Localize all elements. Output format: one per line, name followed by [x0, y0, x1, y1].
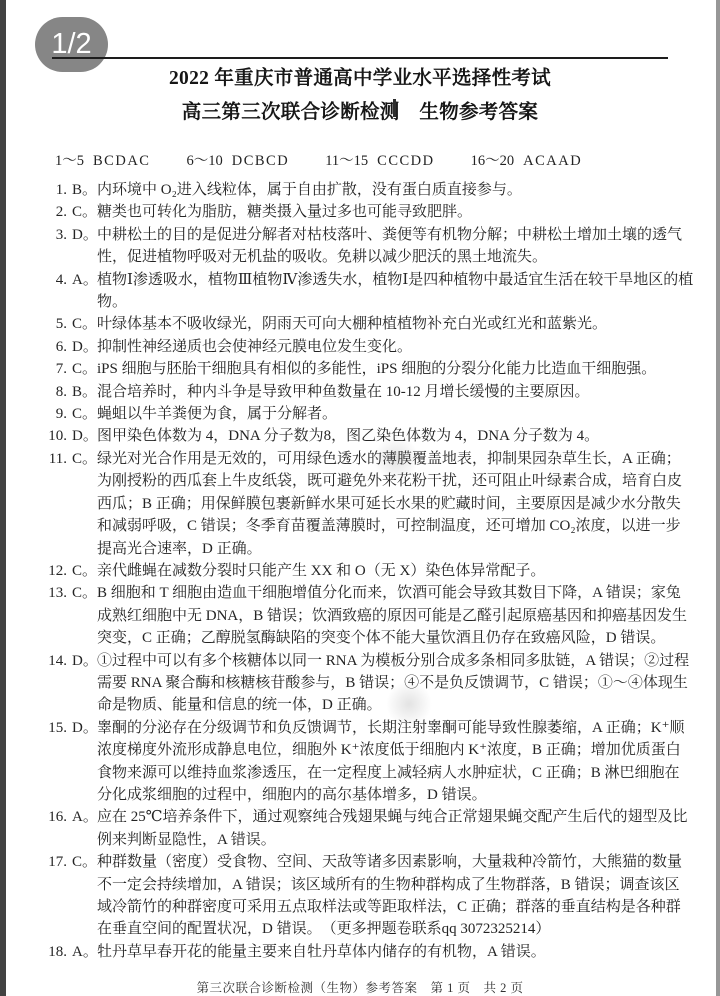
item-number: 14.	[15, 650, 67, 672]
answer-item: 9.C。蝇蛆以牛羊粪便为食，属于分解者。	[15, 403, 694, 425]
page-indicator-badge[interactable]: 1/2	[35, 17, 108, 72]
item-number: 15.	[15, 717, 67, 739]
item-explanation: 内环境中 O₂进入线粒体，属于自由扩散，没有蛋白质直接参与。	[97, 182, 522, 198]
item-answer-letter: C。	[67, 582, 97, 604]
item-explanation: 植物Ⅰ渗透吸水，植物Ⅲ植物Ⅳ渗透失水，植物Ⅰ是四种植物中最适宜生活在较干旱地区的…	[97, 272, 693, 310]
item-explanation: ①过程中可以有多个核糖体以同一 RNA 为模板分别合成多条相同多肽链，A 错误；…	[97, 653, 689, 714]
scan-artifact-tick	[393, 99, 396, 117]
answer-item: 1.B。内环境中 O₂进入线粒体，属于自由扩散，没有蛋白质直接参与。	[15, 179, 694, 201]
scan-edge-right	[716, 0, 720, 996]
item-number: 16.	[15, 806, 67, 828]
answer-key-group: 16～20ACAAD	[471, 149, 583, 170]
answer-key-group: 11～15CCCDD	[325, 149, 434, 170]
item-explanation: 混合培养时，种内斗争是导致甲种鱼数量在 10-12 月增长缓慢的主要原因。	[97, 384, 590, 400]
item-explanation: 应在 25℃培养条件下，通过观察纯合残翅果蝇与纯合正常翅果蝇交配产生后代的翅型及…	[97, 809, 688, 847]
answer-key-group: 1～5BCDAC	[55, 149, 150, 170]
answer-item: 3.D。中耕松土的目的是促进分解者对枯枝落叶、粪便等有机物分解；中耕松土增加土壤…	[15, 224, 694, 269]
item-answer-letter: C。	[67, 358, 97, 380]
item-number: 8.	[15, 381, 67, 403]
item-explanation: 蝇蛆以牛羊粪便为食，属于分解者。	[97, 406, 337, 422]
item-explanation: 种群数量（密度）受食物、空间、天敌等诸多因素影响，大量栽种冷箭竹，大熊猫的数量不…	[97, 854, 682, 937]
answer-item: 2.C。糖类也可转化为脂肪，糖类摄入量过多也可能寻致肥胖。	[15, 201, 694, 223]
item-answer-letter: C。	[67, 448, 97, 470]
item-answer-letter: C。	[67, 560, 97, 582]
page-subtitle: 高三第三次联合诊断检测 生物参考答案	[0, 96, 720, 124]
item-explanation: 亲代雌蝇在减数分裂时只能产生 XX 和 O（无 X）染色体异常配子。	[97, 563, 545, 579]
item-explanation: 中耕松土的目的是促进分解者对枯枝落叶、粪便等有机物分解；中耕松土增加土壤的透气性…	[97, 227, 682, 265]
answer-item: 8.B。混合培养时，种内斗争是导致甲种鱼数量在 10-12 月增长缓慢的主要原因…	[15, 381, 694, 403]
item-answer-letter: B。	[67, 179, 97, 201]
item-answer-letter: C。	[67, 403, 97, 425]
answer-item: 16.A。应在 25℃培养条件下，通过观察纯合残翅果蝇与纯合正常翅果蝇交配产生后…	[15, 806, 694, 851]
item-answer-letter: C。	[67, 851, 97, 873]
answer-item: 15.D。睾酮的分泌存在分级调节和负反馈调节，长期注射睾酮可能导致性腺萎缩，A …	[15, 717, 694, 807]
item-explanation: 抑制性神经递质也会使神经元膜电位发生变化。	[97, 339, 412, 355]
item-explanation: 图甲染色体数为 4，DNA 分子数为8，图乙染色体数为 4，DNA 分子数为 4…	[97, 428, 599, 444]
item-number: 6.	[15, 336, 67, 358]
item-number: 9.	[15, 403, 67, 425]
item-explanation: iPS 细胞与胚胎干细胞具有相似的多能性，iPS 细胞的分裂分化能力比造血干细胞…	[97, 361, 656, 377]
answer-key-row: 1～5BCDAC 6～10DCBCD 11～15CCCDD 16～20ACAAD	[55, 149, 720, 170]
item-answer-letter: D。	[67, 650, 97, 672]
answer-item: 10.D。图甲染色体数为 4，DNA 分子数为8，图乙染色体数为 4，DNA 分…	[15, 425, 694, 447]
item-explanation: 糖类也可转化为脂肪，糖类摄入量过多也可能寻致肥胖。	[97, 204, 472, 220]
item-number: 2.	[15, 201, 67, 223]
item-number: 12.	[15, 560, 67, 582]
answer-item: 13.C。B 细胞和 T 细胞由造血干细胞增值分化而来，饮酒可能会导致其数目下降…	[15, 582, 694, 649]
item-number: 4.	[15, 269, 67, 291]
item-number: 7.	[15, 358, 67, 380]
answer-item: 14.D。①过程中可以有多个核糖体以同一 RNA 为模板分别合成多条相同多肽链，…	[15, 650, 694, 717]
item-answer-letter: D。	[67, 425, 97, 447]
item-explanation: 叶绿体基本不吸收绿光，阴雨天可向大棚种植植物补充白光或红光和蓝紫光。	[97, 316, 607, 332]
item-number: 18.	[15, 941, 67, 963]
item-answer-letter: D。	[67, 717, 97, 739]
page-title: 2022 年重庆市普通高中学业水平选择性考试	[0, 62, 720, 90]
item-explanation: 牡丹草早春开花的能量主要来自牡丹草体内储存的有机物，A 错误。	[97, 944, 546, 960]
answer-item: 7.C。iPS 细胞与胚胎干细胞具有相似的多能性，iPS 细胞的分裂分化能力比造…	[15, 358, 694, 380]
document-viewer: { "viewer": { "page_indicator": "1/2", "…	[0, 0, 720, 996]
answer-key-letters: ACAAD	[523, 153, 582, 169]
page-footer: 第三次联合诊断检测（生物）参考答案 第 1 页 共 2 页	[0, 978, 720, 996]
answer-item: 17.C。种群数量（密度）受食物、空间、天敌等诸多因素影响，大量栽种冷箭竹，大熊…	[15, 851, 694, 941]
answer-item: 12.C。亲代雌蝇在减数分裂时只能产生 XX 和 O（无 X）染色体异常配子。	[15, 560, 694, 582]
item-number: 10.	[15, 425, 67, 447]
item-explanation: 睾酮的分泌存在分级调节和负反馈调节，长期注射睾酮可能导致性腺萎缩，A 正确；K⁺…	[97, 720, 685, 803]
item-number: 17.	[15, 851, 67, 873]
answer-key-range: 6～10	[186, 153, 222, 169]
item-answer-letter: A。	[67, 269, 97, 291]
answer-items-list: 1.B。内环境中 O₂进入线粒体，属于自由扩散，没有蛋白质直接参与。 2.C。糖…	[15, 179, 694, 963]
answer-key-letters: CCCDD	[377, 153, 434, 169]
item-answer-letter: C。	[67, 201, 97, 223]
answer-key-range: 11～15	[325, 153, 368, 169]
scan-edge-left	[0, 0, 6, 996]
item-answer-letter: D。	[67, 224, 97, 246]
document-header: 2022 年重庆市普通高中学业水平选择性考试 高三第三次联合诊断检测 生物参考答…	[0, 0, 720, 124]
item-answer-letter: A。	[67, 806, 97, 828]
item-answer-letter: D。	[67, 336, 97, 358]
answer-item: 5.C。叶绿体基本不吸收绿光，阴雨天可向大棚种植植物补充白光或红光和蓝紫光。	[15, 313, 694, 335]
item-number: 1.	[15, 179, 67, 201]
item-answer-letter: C。	[67, 313, 97, 335]
answer-item: 11.C。绿光对光合作用是无效的，可用绿色透水的薄膜覆盖地表，抑制果园杂草生长，…	[15, 448, 694, 560]
answer-key-range: 1～5	[55, 153, 84, 169]
item-number: 13.	[15, 582, 67, 604]
answer-item: 18.A。牡丹草早春开花的能量主要来自牡丹草体内储存的有机物，A 错误。	[15, 941, 694, 963]
item-explanation: 绿光对光合作用是无效的，可用绿色透水的薄膜覆盖地表，抑制果园杂草生长，A 正确；…	[97, 451, 682, 557]
answer-item: 6.D。抑制性神经递质也会使神经元膜电位发生变化。	[15, 336, 694, 358]
item-answer-letter: A。	[67, 941, 97, 963]
item-number: 5.	[15, 313, 67, 335]
answer-key-range: 16～20	[471, 153, 515, 169]
item-explanation: B 细胞和 T 细胞由造血干细胞增值分化而来，饮酒可能会导致其数目下降，A 错误…	[97, 585, 687, 646]
document-page: 1/2 2022 年重庆市普通高中学业水平选择性考试 高三第三次联合诊断检测 生…	[0, 0, 720, 996]
item-answer-letter: B。	[67, 381, 97, 403]
answer-key-letters: DCBCD	[232, 153, 289, 169]
answer-key-group: 6～10DCBCD	[186, 149, 289, 170]
answer-key-letters: BCDAC	[93, 153, 150, 169]
answer-item: 4.A。植物Ⅰ渗透吸水，植物Ⅲ植物Ⅳ渗透失水，植物Ⅰ是四种植物中最适宜生活在较干…	[15, 269, 694, 314]
item-number: 3.	[15, 224, 67, 246]
item-number: 11.	[15, 448, 67, 470]
header-divider-line	[52, 57, 668, 59]
